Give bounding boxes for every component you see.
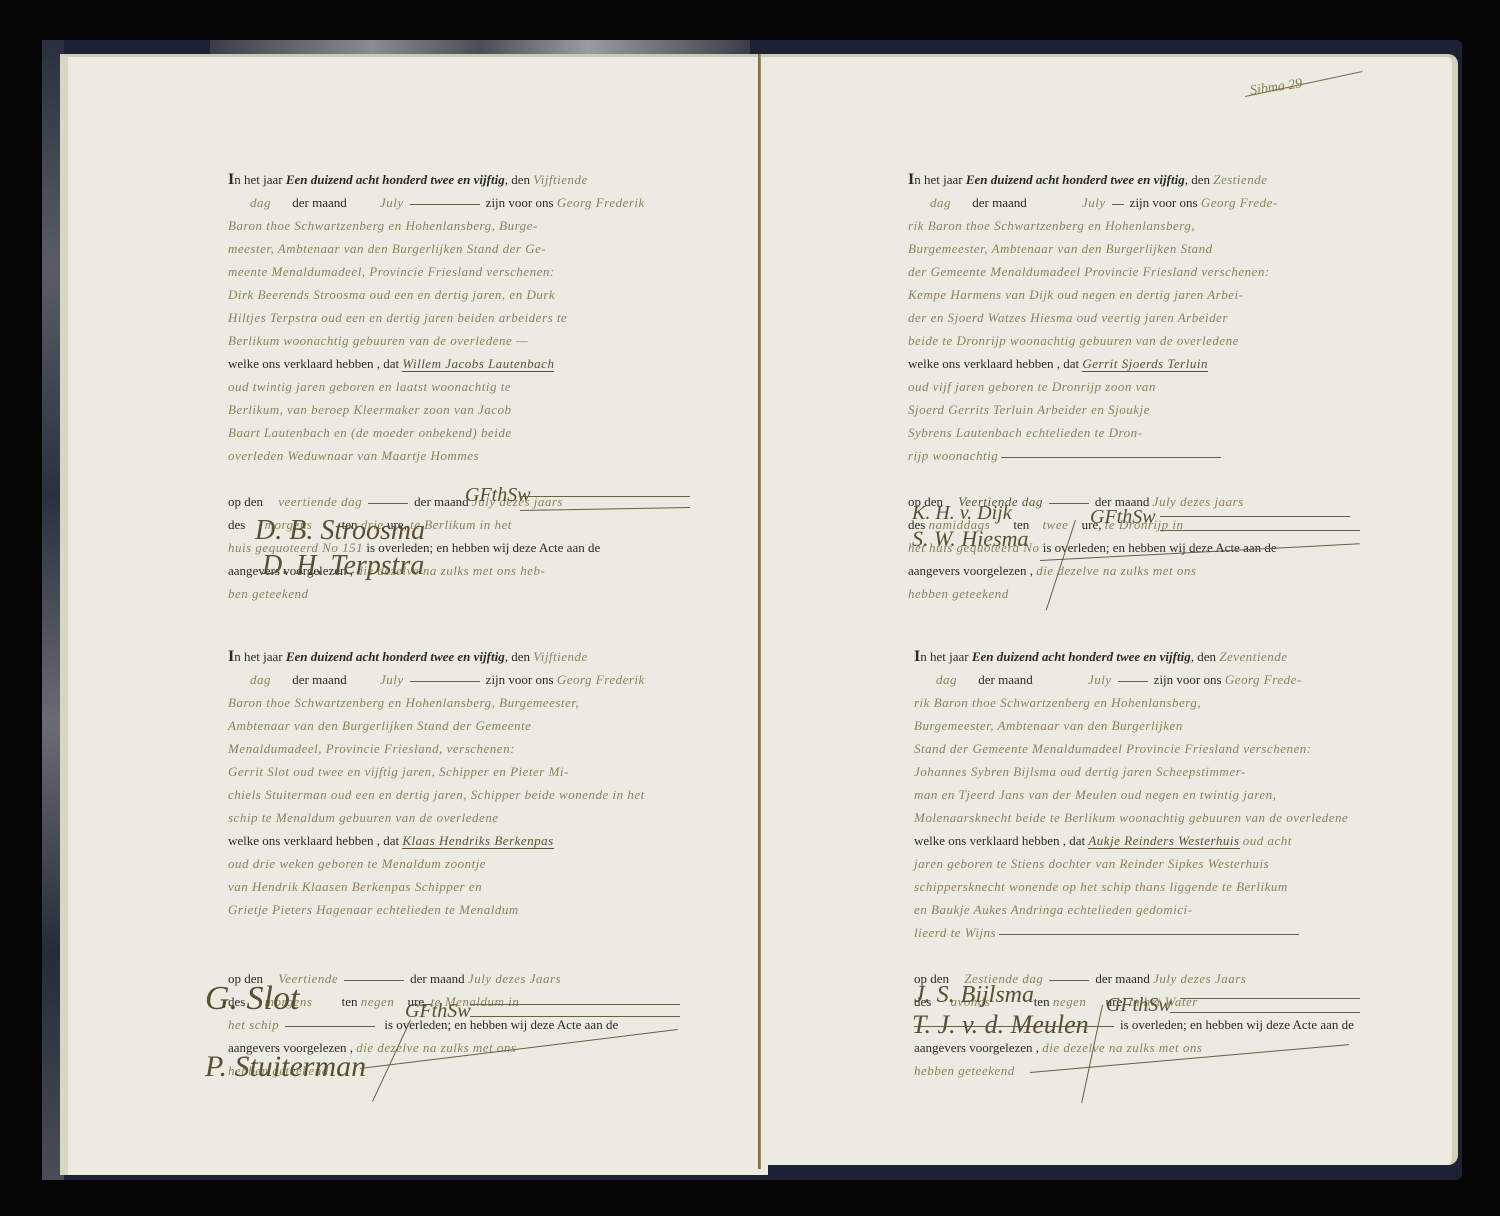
official-signature: GFthSw xyxy=(405,1000,471,1023)
witness-signature: G. Slot xyxy=(205,980,299,1018)
official-signature: GFthSw xyxy=(1106,994,1172,1017)
record-day: Zeventiende xyxy=(1219,649,1287,664)
record-month: July xyxy=(380,195,404,210)
witness-signature: P. Stuiterman xyxy=(205,1050,366,1084)
official-signature: GFthSw xyxy=(1090,506,1156,529)
witness-signature: T. J. v. d. Meulen xyxy=(912,1010,1089,1040)
witness-signature: D. H. Terpstra xyxy=(262,550,424,582)
record-month: July xyxy=(1088,672,1112,687)
record-day: Vijftiende xyxy=(533,172,588,187)
record-month: July xyxy=(380,672,404,687)
deceased-name: Klaas Hendriks Berkenpas xyxy=(402,833,553,849)
deceased-name: Gerrit Sjoerds Terluin xyxy=(1082,356,1208,372)
witness-signature: S. W. Hiesma xyxy=(912,526,1029,552)
deceased-name: Aukje Reinders Westerhuis xyxy=(1088,833,1239,849)
record-day: Zestiende xyxy=(1213,172,1267,187)
witness-signature: J. S. Bijlsma xyxy=(914,982,1034,1009)
deceased-name: Willem Jacobs Lautenbach xyxy=(402,356,554,372)
witness-signature: D. B. Stroosma xyxy=(255,515,425,547)
record-month: July xyxy=(1082,195,1106,210)
record-day: Vijftiende xyxy=(533,649,588,664)
witness-signature: K. H. v. Dijk xyxy=(912,502,1012,525)
book-gutter xyxy=(758,54,761,1169)
